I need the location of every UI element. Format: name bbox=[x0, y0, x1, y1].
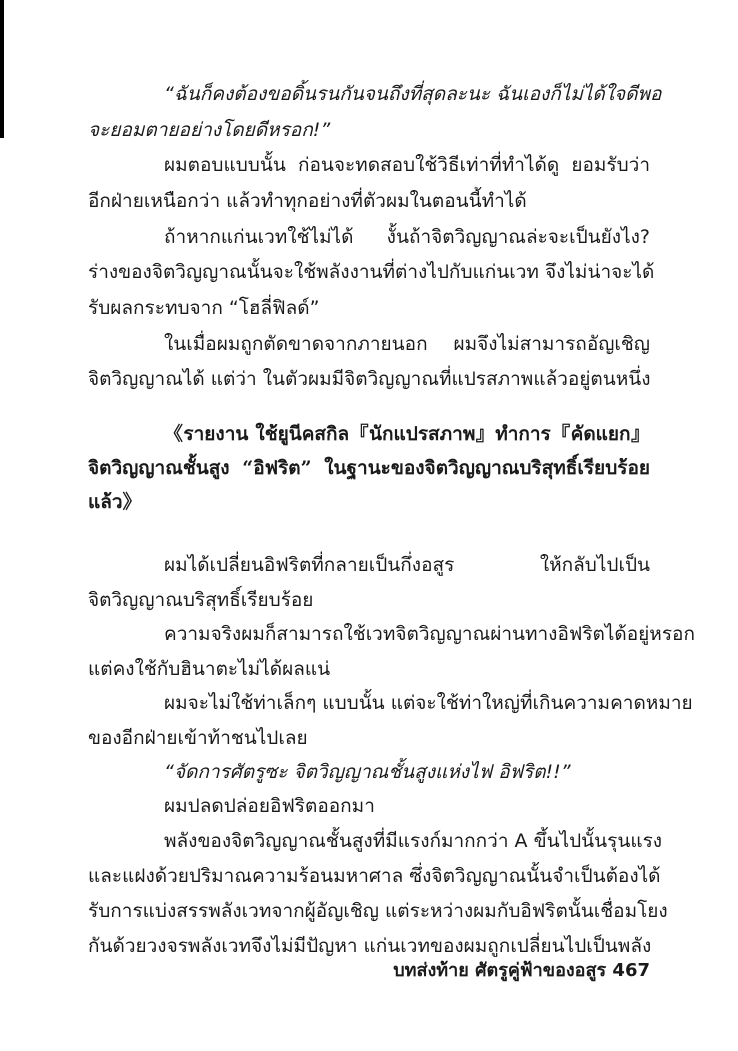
system-message-line: 《รายงาน ใช้ยูนีคสกิล『นักแปรสภาพ』ทำการ『คั… bbox=[164, 418, 650, 450]
text-line: “จัดการศัตรูซะ จิตวิญญาณชั้นสูงแห่งไฟ อิ… bbox=[164, 756, 571, 788]
text-line: จิตวิญญาณได้ แต่ว่า ในตัวผมมีจิตวิญญาณที… bbox=[88, 363, 650, 395]
text-line: แต่คงใช้กับฮินาตะไม่ได้ผลแน่ bbox=[88, 653, 330, 685]
text-line: จะยอมตายอย่างโดยดีหรอก!” bbox=[88, 114, 330, 146]
text-line: ร่างของจิตวิญญาณนั้นจะใช้พลังงานที่ต่างไ… bbox=[88, 256, 650, 288]
text-line: ของอีกฝ่ายเข้าท้าชนไปเลย bbox=[88, 722, 308, 754]
text-line: รับผลกระทบจาก “โฮลี่ฟิลด์” bbox=[88, 292, 319, 324]
chapter-title: บทส่งท้าย ศัตรูคู่ฟ้าของอสูร bbox=[393, 960, 606, 981]
text-line: ผมได้เปลี่ยนอิฟริตที่กลายเป็นกึ่งอสูร ให… bbox=[164, 549, 650, 581]
text-line: “ฉันก็คงต้องขอดิ้นรนกันจนถึงที่สุดละนะ ฉ… bbox=[164, 78, 650, 110]
text-line: ผมตอบแบบนั้น ก่อนจะทดสอบใช้วิธีเท่าที่ทำ… bbox=[164, 149, 650, 181]
system-message-line: แล้ว》 bbox=[88, 486, 142, 518]
page-edge-border bbox=[0, 0, 4, 138]
text-line: ผมปลดปล่อยอิฟริตออกมา bbox=[164, 790, 375, 822]
text-line: ถ้าหากแก่นเวทใช้ไม่ได้ งั้นถ้าจิตวิญญาณล… bbox=[164, 221, 650, 253]
text-line: ผมจะไม่ใช้ท่าเล็กๆ แบบนั้น แต่จะใช้ท่าให… bbox=[164, 687, 650, 719]
text-line: พลังของจิตวิญญาณชั้นสูงที่มีแรงก์มากกว่า… bbox=[164, 825, 650, 857]
page-number: 467 bbox=[612, 960, 650, 981]
text-line: อีกฝ่ายเหนือกว่า แล้วทำทุกอย่างที่ตัวผมใ… bbox=[88, 185, 527, 217]
text-line: และแฝงด้วยปริมาณความร้อนมหาศาล ซึ่งจิตวิ… bbox=[88, 860, 650, 892]
system-message-line: จิตวิญญาณชั้นสูง “อิฟริต” ในฐานะของจิตวิ… bbox=[88, 452, 650, 484]
text-line: ความจริงผมก็สามารถใช้เวทจิตวิญญาณผ่านทาง… bbox=[164, 618, 650, 650]
text-line: รับการแบ่งสรรพลังเวทจากผู้อัญเชิญ แต่ระห… bbox=[88, 895, 650, 927]
page-footer: บทส่งท้าย ศัตรูคู่ฟ้าของอสูร 467 bbox=[393, 955, 650, 984]
text-line: ในเมื่อผมถูกตัดขาดจากภายนอก ผมจึงไม่สามา… bbox=[164, 328, 650, 360]
text-line: จิตวิญญาณบริสุทธิ์เรียบร้อย bbox=[88, 584, 313, 616]
